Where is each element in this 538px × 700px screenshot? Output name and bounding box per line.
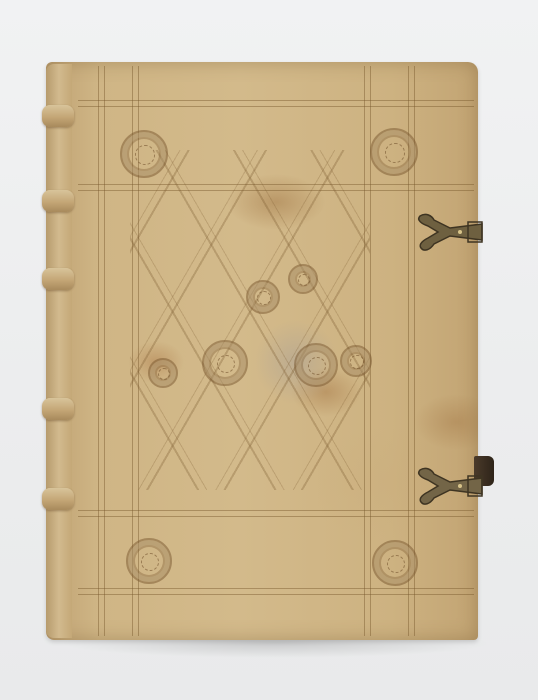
upper-brass-clasp	[416, 210, 486, 256]
clasp-icon	[416, 210, 486, 256]
lower-brass-clasp	[416, 464, 486, 510]
tooled-line	[98, 66, 99, 636]
rosette-roundel	[372, 540, 418, 586]
rosette-roundel	[126, 538, 172, 584]
rosette-roundel	[202, 340, 248, 386]
photo-scene	[0, 0, 538, 700]
spine-band	[42, 398, 74, 420]
tooled-line	[104, 66, 105, 636]
rosette-roundel	[148, 358, 178, 388]
rosette-roundel	[294, 343, 338, 387]
diamond-lattice-tooling	[130, 150, 370, 490]
rosette-roundel	[370, 128, 418, 176]
rosette-roundel	[288, 264, 318, 294]
rosette-roundel	[340, 345, 372, 377]
spine-band	[42, 268, 74, 290]
spine-band	[42, 488, 74, 510]
rosette-roundel	[246, 280, 280, 314]
spine-band	[42, 105, 74, 127]
rosette-roundel	[120, 130, 168, 178]
book-spine	[46, 64, 72, 638]
clasp-icon	[416, 464, 486, 510]
spine-band	[42, 190, 74, 212]
